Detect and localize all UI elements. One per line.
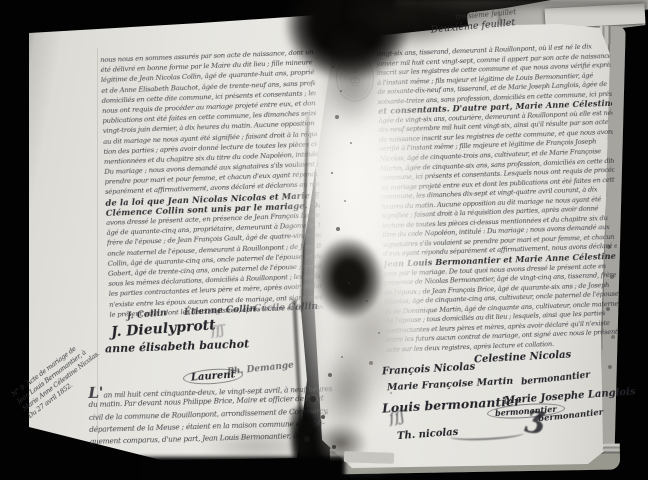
scanned-register-photo: ☼ ♔ troisième feuillet Deuxième feuillet… [0,0,648,480]
margin-crease [97,48,98,444]
scan-background-gap [140,457,345,480]
paraph-flourish-icon: ſſʃ [210,323,225,340]
smoke-stain [196,434,312,458]
ink-speckles [0,0,2,2]
char-burn-damage [420,0,530,30]
left-page-text: nous nous en sommes assurés par son acte… [100,47,324,321]
loose-paper-fragment [344,451,394,464]
char-burn-damage [322,28,382,128]
